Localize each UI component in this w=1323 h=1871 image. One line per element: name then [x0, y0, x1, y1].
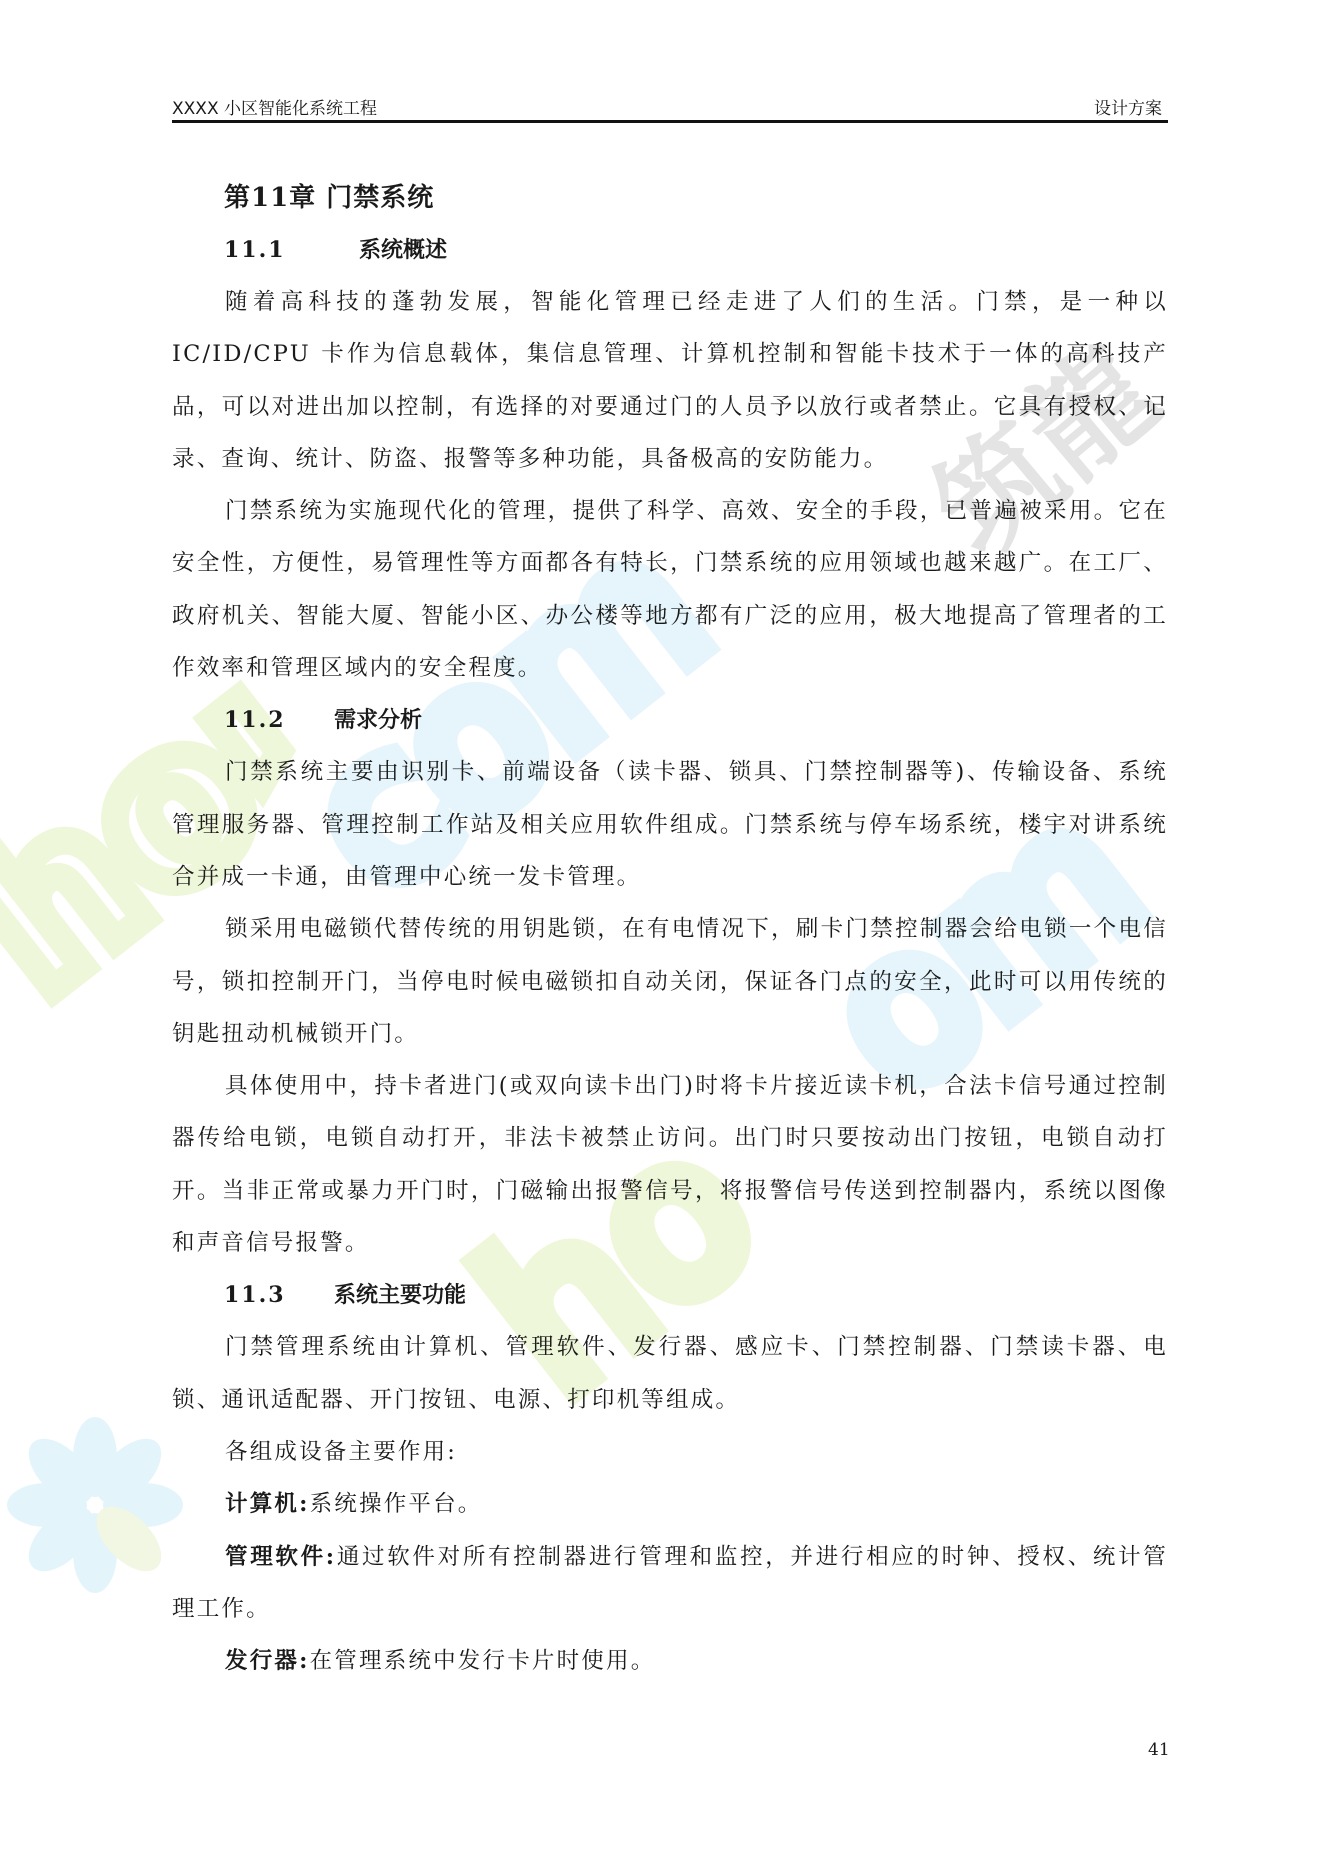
section-number: 11.2: [224, 694, 334, 746]
header-project-title: XXXX 小区智能化系统工程: [172, 94, 377, 119]
section-heading-11-2: 11.2需求分析: [224, 694, 1168, 746]
section-title: 需求分析: [334, 707, 422, 733]
section-title: 系统概述: [359, 237, 447, 263]
definition-term: 管理软件:: [225, 1544, 336, 1570]
definition-text: 在管理系统中发行卡片时使用。: [310, 1648, 656, 1674]
paragraph: 门禁系统为实施现代化的管理，提供了科学、高效、安全的手段，已普遍被采用。它在安全…: [172, 485, 1168, 694]
section-heading-11-1: 11.1系统概述: [224, 224, 1168, 276]
paragraph: 随着高科技的蓬勃发展，智能化管理已经走进了人们的生活。门禁，是一种以IC/ID/…: [172, 276, 1168, 485]
chapter-title: 第11章 门禁系统: [224, 172, 1168, 224]
definition-item: 计算机:系统操作平台。: [172, 1478, 1168, 1530]
definition-term: 发行器:: [225, 1648, 310, 1674]
section-title: 系统主要功能: [334, 1282, 466, 1308]
page-body: 第11章 门禁系统 11.1系统概述 随着高科技的蓬勃发展，智能化管理已经走进了…: [172, 172, 1168, 1687]
section-number: 11.3: [224, 1269, 334, 1321]
watermark-flower-icon: [7, 1417, 183, 1593]
definition-text: 系统操作平台。: [310, 1491, 483, 1517]
page-header: XXXX 小区智能化系统工程 设计方案: [172, 92, 1168, 123]
paragraph: 各组成设备主要作用:: [172, 1426, 1168, 1478]
paragraph: 门禁管理系统由计算机、管理软件、发行器、感应卡、门禁控制器、门禁读卡器、电锁、通…: [172, 1321, 1168, 1426]
definition-term: 计算机:: [225, 1491, 310, 1517]
paragraph: 门禁系统主要由识别卡、前端设备（读卡器、锁具、门禁控制器等)、传输设备、系统管理…: [172, 746, 1168, 903]
paragraph: 具体使用中，持卡者进门(或双向读卡出门)时将卡片接近读卡机，合法卡信号通过控制器…: [172, 1060, 1168, 1269]
definition-item: 发行器:在管理系统中发行卡片时使用。: [172, 1635, 1168, 1687]
section-heading-11-3: 11.3系统主要功能: [224, 1269, 1168, 1321]
paragraph: 锁采用电磁锁代替传统的用钥匙锁，在有电情况下，刷卡门禁控制器会给电锁一个电信号，…: [172, 903, 1168, 1060]
section-number: 11.1: [224, 224, 359, 276]
page-number: 41: [1148, 1740, 1170, 1760]
definition-item: 管理软件:通过软件对所有控制器进行管理和监控，并进行相应的时钟、授权、统计管理工…: [172, 1531, 1168, 1636]
header-doc-type: 设计方案: [1094, 94, 1162, 119]
